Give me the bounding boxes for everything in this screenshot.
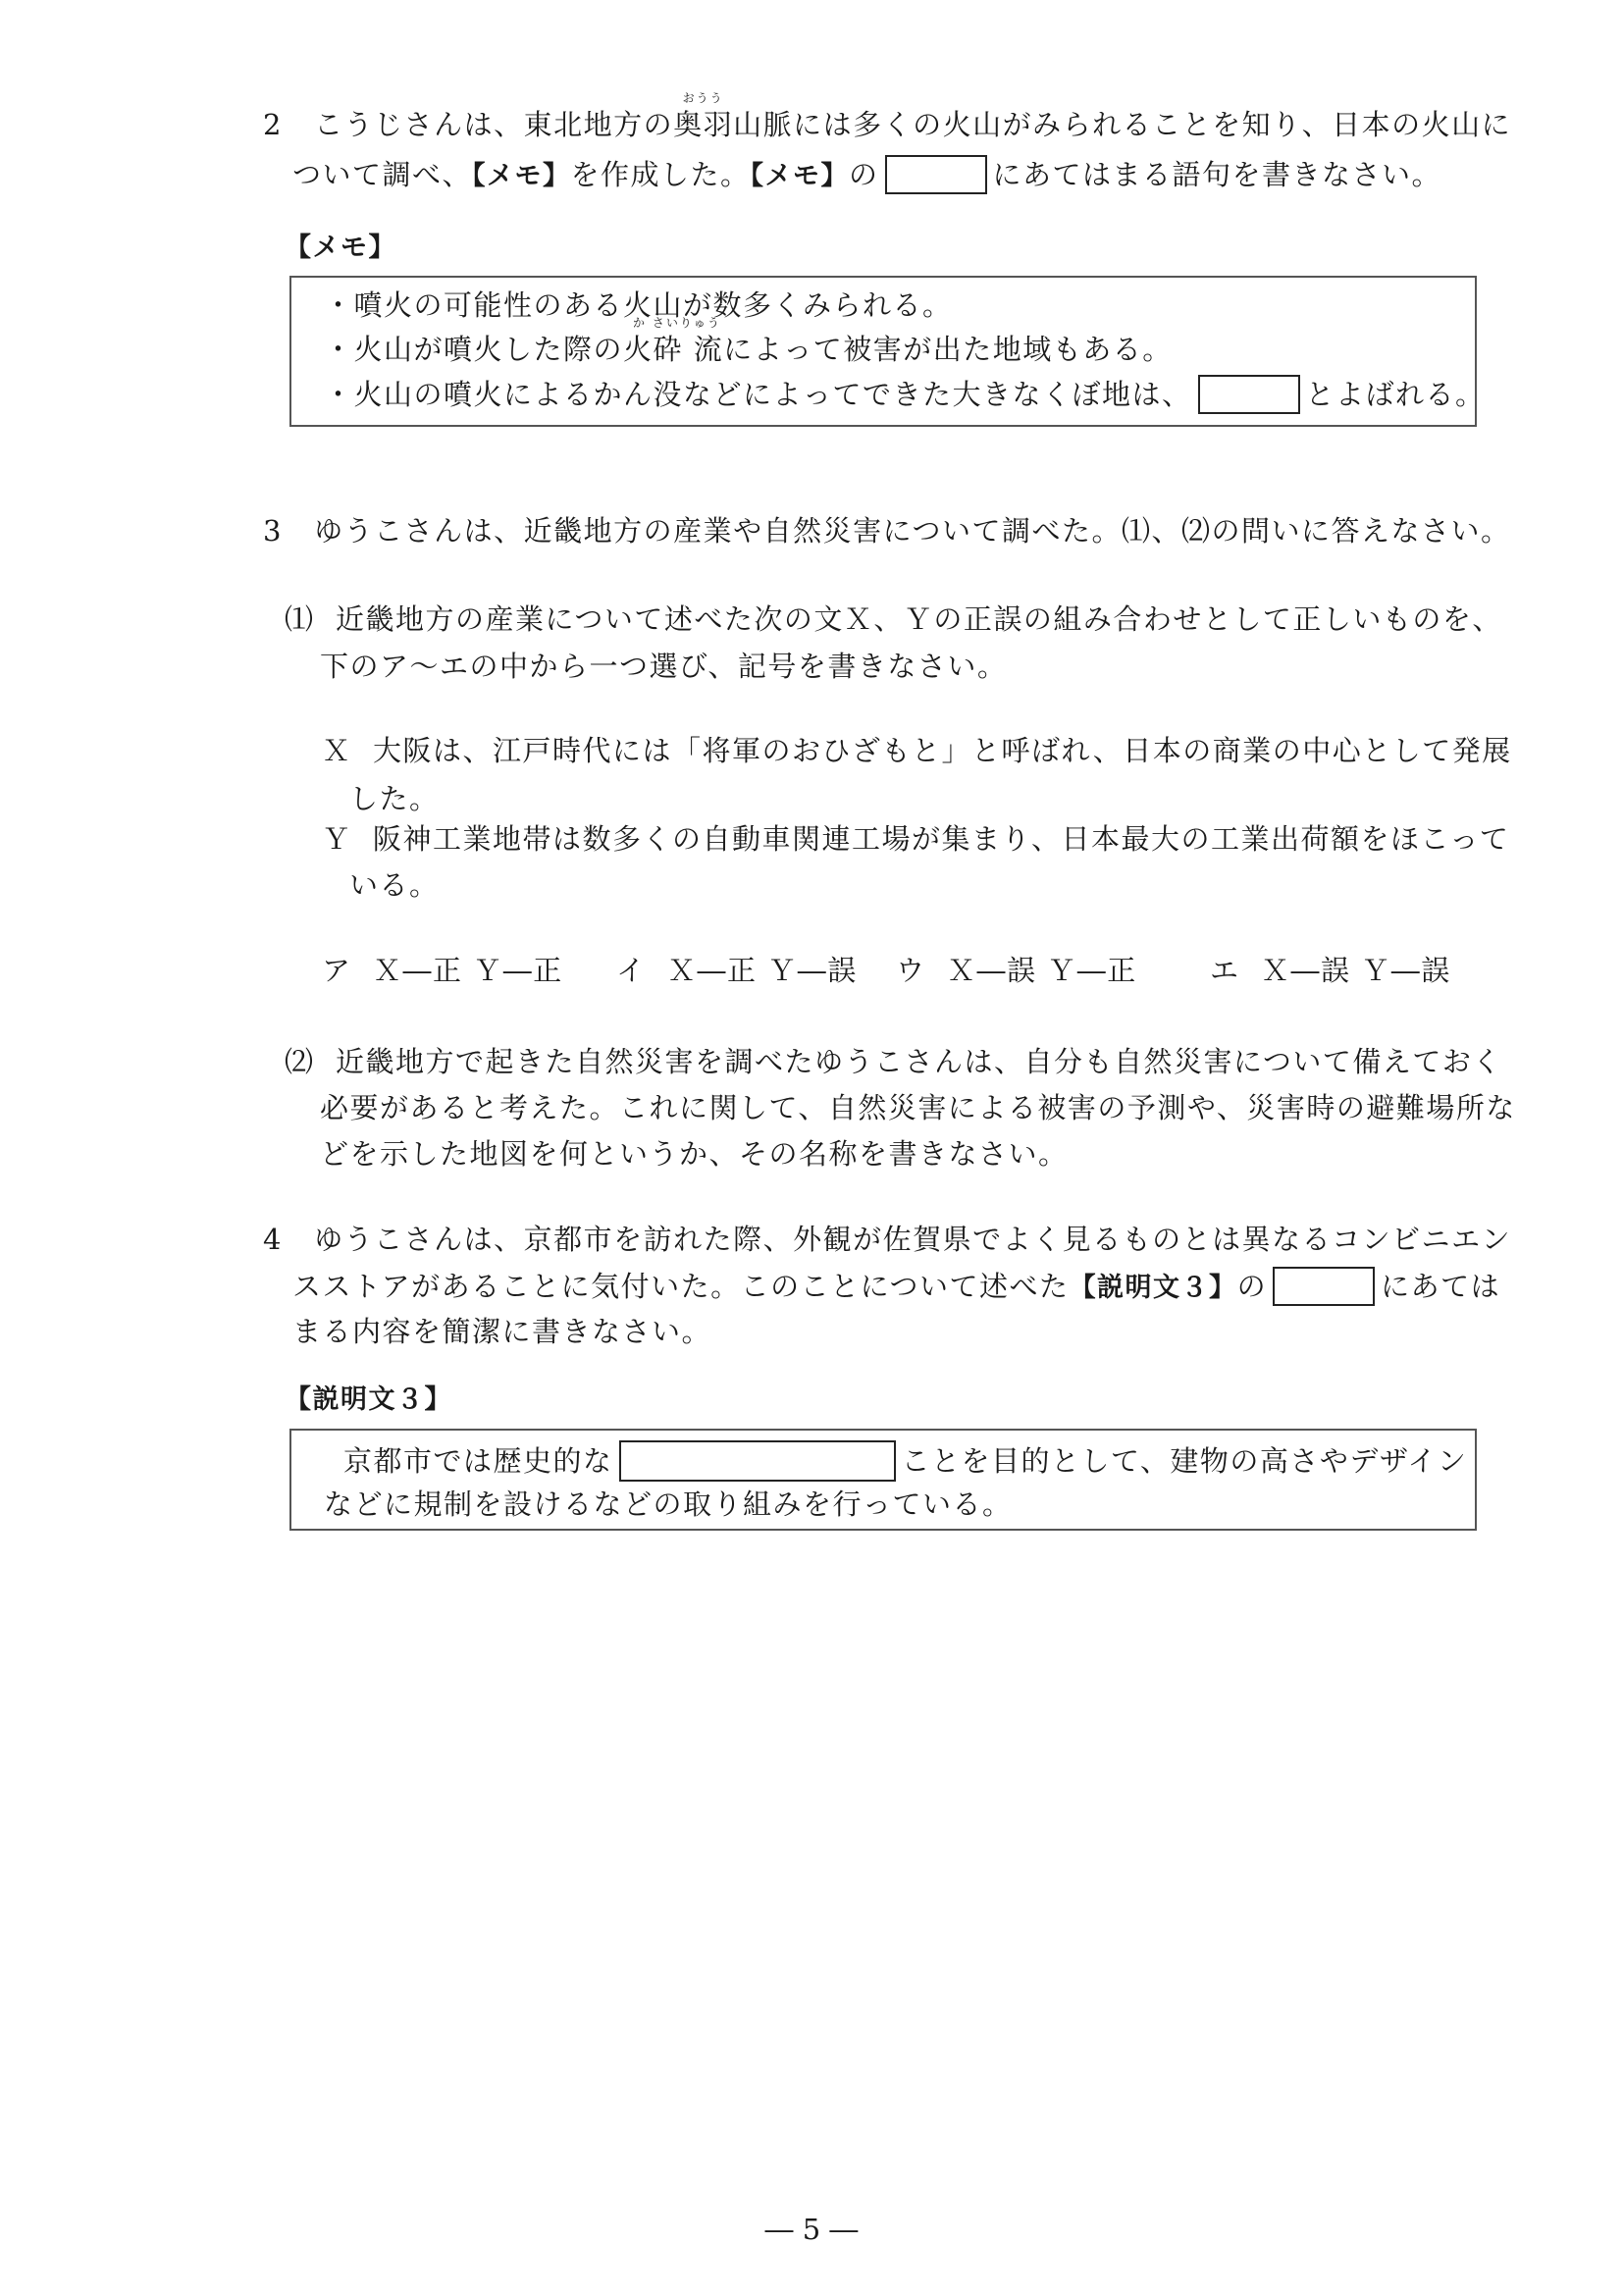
explanation-text: ことを目的として、建物の高さやデザイン	[902, 1444, 1468, 1478]
answer-blank	[619, 1440, 896, 1482]
choice-x: Ｘ―誤	[947, 954, 1037, 987]
ruby-base: 奥羽	[673, 108, 733, 141]
q3-intro: 3 ゆうこさんは、近畿地方の産業や自然災害について調べた。⑴、⑵の問いに答えなさ…	[263, 514, 1511, 548]
ruby-reading: おうう	[683, 92, 724, 104]
q3-sub1-line-2: 下のア～エの中から一つ選び、記号を書きなさい。	[320, 650, 1007, 683]
q3-sub2-text: 近畿地方で起きた自然災害を調べたゆうこさんは、自分も自然災害について備えておく	[336, 1045, 1502, 1078]
memo-text: ・火山が噴火した際の	[324, 333, 623, 366]
ruby-ouu: おうう奥羽	[673, 108, 733, 141]
choice-y: Ｙ―誤	[767, 954, 858, 987]
explanation-title: 【説明文３】	[285, 1383, 452, 1417]
choice-label: ウ	[896, 954, 926, 987]
q3-sub1-text: 近畿地方の産業について述べた次の文Ｘ、Ｙの正誤の組み合わせとして正しいものを、	[336, 602, 1502, 636]
q3-text: ゆうこさんは、近畿地方の産業や自然災害について調べた。⑴、⑵の問いに答えなさい。	[314, 514, 1510, 548]
choice-label: ア	[322, 954, 352, 987]
sub-question-number: ⑴	[285, 602, 315, 636]
statement-x-line-2: した。	[349, 782, 440, 815]
choice-x: Ｘ―正	[667, 954, 758, 987]
q3-sub2-line-3: どを示した地図を何というか、その名称を書きなさい。	[320, 1137, 1069, 1171]
ruby-kasairyu: か さいりゅう火砕	[623, 333, 683, 366]
answer-blank	[1198, 375, 1300, 414]
ruby-base: 火砕	[623, 333, 683, 366]
q4-text: ゆうこさんは、京都市を訪れた際、外観が佐賀県でよく見るものとは異なるコンビニエン	[314, 1223, 1511, 1256]
explanation-line-1: 京都市では歴史的なことを目的として、建物の高さやデザイン	[343, 1442, 1467, 1484]
q2-line-1: 2 こうじさんは、東北地方のおうう奥羽山脈には多くの火山がみられることを知り、日…	[263, 108, 1511, 141]
choice-x: Ｘ―誤	[1261, 954, 1351, 987]
choice-a: ア Ｘ―正 Ｙ―正	[322, 954, 616, 987]
memo-reference: 【メモ】	[751, 161, 850, 191]
q2-text: こうじさんは、東北地方の	[314, 108, 673, 141]
q2-line-2: ついて調べ、【メモ】を作成した。【メモ】のにあてはまる語句を書きなさい。	[292, 157, 1441, 196]
statement-y-line-2: いる。	[349, 868, 440, 902]
explanation-text: 京都市では歴史的な	[343, 1444, 613, 1478]
statement-text: 大阪は、江戸時代には「将軍のおひざもと」と呼ばれ、日本の商業の中心として発展	[373, 734, 1512, 767]
q2-text: にあてはまる語句を書きなさい。	[993, 158, 1442, 191]
q4-line-1: 4 ゆうこさんは、京都市を訪れた際、外観が佐賀県でよく見るものとは異なるコンビニ…	[263, 1223, 1511, 1256]
answer-blank	[885, 155, 987, 194]
ruby-reading: か さいりゅう	[633, 317, 721, 329]
memo-title: 【メモ】	[285, 232, 396, 265]
statement-text: 阪神工業地帯は数多くの自動車関連工場が集まり、日本最大の工業出荷額をほこって	[373, 822, 1509, 856]
statement-x-line-1: Ｘ 大阪は、江戸時代には「将軍のおひざもと」と呼ばれ、日本の商業の中心として発展	[322, 734, 1512, 767]
choice-y: Ｙ―正	[473, 954, 563, 987]
sub-question-number: ⑵	[285, 1045, 315, 1078]
q4-line-3: まる内容を簡潔に書きなさい。	[292, 1315, 711, 1348]
choice-x: Ｘ―正	[373, 954, 463, 987]
memo-item-3: ・火山の噴火によるかん没などによってできた大きなくぼ地は、とよばれる。	[324, 377, 1486, 416]
q4-text: の	[1237, 1270, 1268, 1303]
memo-reference: 【メモ】	[472, 161, 571, 191]
memo-text: とよばれる。	[1306, 378, 1486, 411]
explanation-line-2: などに規制を設けるなどの取り組みを行っている。	[324, 1487, 1013, 1521]
q2-text: の	[849, 158, 879, 191]
q3-sub1-line-1: ⑴ 近畿地方の産業について述べた次の文Ｘ、Ｙの正誤の組み合わせとして正しいものを…	[285, 602, 1502, 636]
q3-sub2-line-1: ⑵ 近畿地方で起きた自然災害を調べたゆうこさんは、自分も自然災害について備えてお…	[285, 1045, 1502, 1078]
memo-text: ・火山の噴火によるかん没などによってできた大きなくぼ地は、	[324, 378, 1192, 411]
q4-text: にあては	[1381, 1270, 1500, 1303]
explanation-reference: 【説明文３】	[1070, 1273, 1237, 1303]
page-number: ― 5 ―	[0, 2213, 1623, 2246]
q2-text: を作成した。	[571, 158, 751, 191]
choice-label: イ	[616, 954, 647, 987]
q4-number: 4	[263, 1223, 283, 1256]
q2-text: ついて調べ、	[292, 158, 472, 191]
memo-item-2: ・火山が噴火した際のか さいりゅう火砕 流によって被害が出た地域もある。	[324, 333, 1173, 366]
statement-label: Ｘ	[322, 734, 352, 767]
choice-y: Ｙ―正	[1047, 954, 1137, 987]
answer-choices: ア Ｘ―正 Ｙ―正イ Ｘ―正 Ｙ―誤ウ Ｘ―誤 Ｙ―正エ Ｘ―誤 Ｙ―誤	[322, 954, 1451, 987]
statement-y-line-1: Ｙ 阪神工業地帯は数多くの自動車関連工場が集まり、日本最大の工業出荷額をほこって	[322, 822, 1509, 856]
choice-e: エ Ｘ―誤 Ｙ―誤	[1210, 954, 1451, 987]
statement-label: Ｙ	[322, 822, 352, 856]
q3-sub2-line-2: 必要があると考えた。これに関して、自然災害による被害の予測や、災害時の避難場所な	[320, 1091, 1516, 1124]
choice-y: Ｙ―誤	[1361, 954, 1451, 987]
choice-i: イ Ｘ―正 Ｙ―誤	[616, 954, 896, 987]
choice-u: ウ Ｘ―誤 Ｙ―正	[896, 954, 1210, 987]
q4-text: スストアがあることに気付いた。このことについて述べた	[292, 1270, 1070, 1303]
answer-blank	[1273, 1267, 1375, 1306]
choice-label: エ	[1210, 954, 1240, 987]
q2-text: 山脈には多くの火山がみられることを知り、日本の火山に	[733, 108, 1511, 141]
q4-line-2: スストアがあることに気付いた。このことについて述べた【説明文３】のにあては	[292, 1269, 1500, 1308]
memo-text: 流によって被害が出た地域もある。	[683, 333, 1173, 366]
q3-number: 3	[263, 514, 283, 548]
q2-number: 2	[263, 108, 283, 141]
